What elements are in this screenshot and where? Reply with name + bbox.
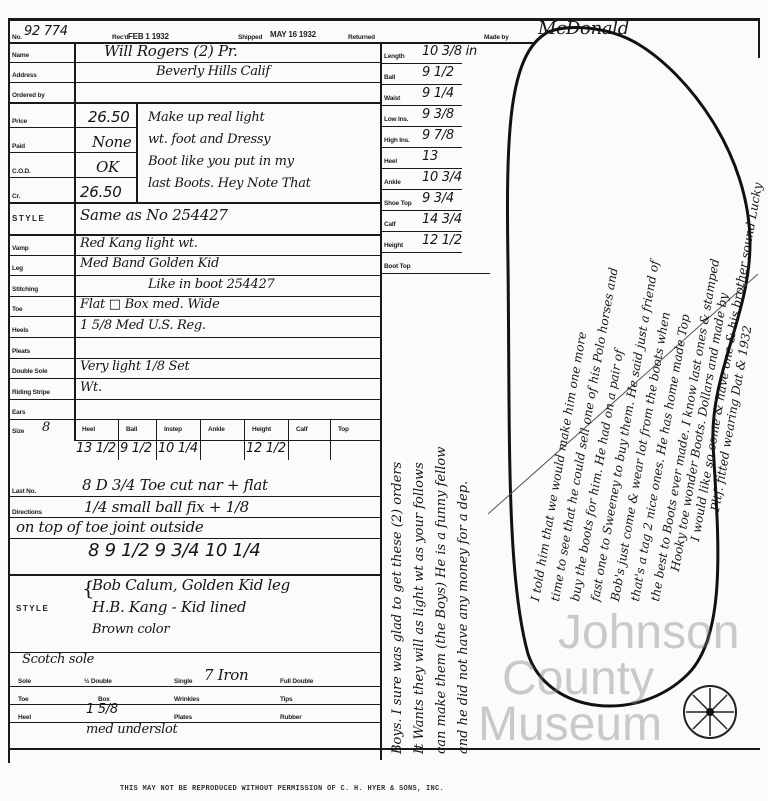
style-label: STYLE xyxy=(12,214,45,223)
side-note-line: can make them (the Boys) He is a funny f… xyxy=(434,447,449,754)
directions-line: 1/4 small ball fix + 1/8 xyxy=(84,498,249,516)
price-label: Price xyxy=(12,118,27,125)
form-right-border xyxy=(758,18,760,58)
payment-note-line: wt. foot and Dressy xyxy=(148,132,270,147)
side-note-line: and he did not have any money for a dep. xyxy=(456,481,471,754)
row-line xyxy=(380,63,462,64)
col-line xyxy=(330,420,331,460)
single-label: Single xyxy=(174,678,192,685)
directions-label: Directions xyxy=(12,509,42,516)
style2-extra: Scotch sole xyxy=(22,652,94,667)
watermark-line: County xyxy=(478,656,739,702)
col-line xyxy=(156,420,157,460)
payment-divider xyxy=(136,102,138,202)
style2-line: Bob Calum, Golden Kid leg xyxy=(92,576,290,594)
wrinkles-label: Wrinkles xyxy=(174,696,199,703)
toe-label: Toe xyxy=(18,696,28,703)
row-line xyxy=(380,147,462,148)
payment-note-line: Make up real light xyxy=(148,110,264,125)
shipped-label: Shipped xyxy=(238,34,262,41)
row-line xyxy=(8,722,380,723)
size-cell: 10 1/4 xyxy=(158,441,198,456)
col-line xyxy=(200,420,201,460)
payment-note-line: last Boots. Hey Note That xyxy=(148,176,311,191)
address-label: Address xyxy=(12,72,37,79)
row-line xyxy=(8,82,380,83)
col-line xyxy=(288,420,289,460)
size-header: Top xyxy=(338,426,349,433)
museum-watermark: Johnson County Museum xyxy=(478,610,739,748)
size-label: Size xyxy=(12,428,24,435)
price-value: 26.50 xyxy=(88,108,129,126)
tips-label: Tips xyxy=(280,696,292,703)
style-value: Same as No 254427 xyxy=(80,206,228,224)
size-cell: 13 1/2 xyxy=(76,441,116,456)
row-line xyxy=(380,231,462,232)
detail-label: Vamp xyxy=(12,245,29,252)
measurement-label: Ankle xyxy=(384,179,401,186)
measurement-label: Ball xyxy=(384,74,395,81)
row-line xyxy=(8,62,380,63)
size-cell: 12 1/2 xyxy=(246,441,286,456)
full-double-label: Full Double xyxy=(280,678,313,685)
detail-value: 1 5/8 Med U.S. Reg. xyxy=(80,318,206,333)
row-line xyxy=(8,496,380,497)
measurement-value: 10 3/8 in xyxy=(422,44,477,59)
side-note-line: It Wants they will as light wt as your f… xyxy=(412,462,427,754)
order-number: 92 774 xyxy=(24,24,68,39)
detail-label: Stitching xyxy=(12,286,38,293)
detail-label: Ears xyxy=(12,409,25,416)
detail-label: Pleats xyxy=(12,348,30,355)
credit-value: 26.50 xyxy=(80,183,121,201)
heel-value: 1 5/8 xyxy=(86,702,118,717)
row-line xyxy=(380,210,462,211)
credit-label: Cr. xyxy=(12,193,20,200)
row-line xyxy=(8,152,136,153)
row-line xyxy=(8,378,380,379)
col-line xyxy=(118,420,119,460)
single-value: 7 Iron xyxy=(204,666,248,684)
size-cell: 9 1/2 xyxy=(120,441,152,456)
size-header: Instep xyxy=(164,426,182,433)
row-line xyxy=(8,202,380,204)
measurement-value: 13 xyxy=(422,149,438,164)
measurement-label: Low Ins. xyxy=(384,116,408,123)
style2-label: STYLE xyxy=(16,604,49,613)
row-line xyxy=(8,686,380,687)
size-header: Ankle xyxy=(208,426,225,433)
customer-address: Beverly Hills Calif xyxy=(156,64,270,79)
last-label: Last No. xyxy=(12,488,36,495)
row-line xyxy=(8,419,380,420)
row-line xyxy=(380,126,462,127)
shipped-date: MAY 16 1932 xyxy=(270,30,316,39)
measurement-value: 9 1/2 xyxy=(422,65,454,80)
cod-value: OK xyxy=(96,158,119,176)
row-line xyxy=(380,273,490,274)
cod-label: C.O.D. xyxy=(12,168,31,175)
paid-value: None xyxy=(92,133,132,151)
ordered-by-label: Ordered by xyxy=(12,92,45,99)
detail-value: Red Kang light wt. xyxy=(80,236,198,251)
row-line xyxy=(380,168,462,169)
detail-value: Wt. xyxy=(80,380,102,395)
measurement-value: 12 1/2 xyxy=(422,233,462,248)
size-header: Height xyxy=(252,426,271,433)
size-header: Calf xyxy=(296,426,307,433)
col-line xyxy=(244,420,245,460)
measurement-label: Waist xyxy=(384,95,400,102)
measurement-value: 9 3/8 xyxy=(422,107,454,122)
row-line xyxy=(380,189,462,190)
detail-label: Riding Stripe xyxy=(12,389,50,396)
measurement-label: Shoe Top xyxy=(384,200,412,207)
measurement-value: 10 3/4 xyxy=(422,170,462,185)
style2-line: H.B. Kang - Kid lined xyxy=(92,598,246,616)
measurement-label: Length xyxy=(384,53,404,60)
row-line xyxy=(8,337,380,338)
detail-label: Leg xyxy=(12,265,23,272)
paid-label: Paid xyxy=(12,143,25,150)
measurement-value: 9 7/8 xyxy=(422,128,454,143)
size-value: 8 xyxy=(42,420,50,435)
last-value: 8 D 3/4 Toe cut nar + flat xyxy=(82,476,268,494)
watermark-line: Museum xyxy=(478,702,739,748)
received-date: FEB 1 1932 xyxy=(128,32,169,41)
detail-value: Flat □ Box med. Wide xyxy=(80,297,219,312)
plates-label: Plates xyxy=(174,714,192,721)
received-label: Rec'd xyxy=(112,34,128,41)
detail-value: Very light 1/8 Set xyxy=(80,359,189,374)
name-label: Name xyxy=(12,52,29,59)
size-header: Heel xyxy=(82,426,95,433)
measurement-label: Heel xyxy=(384,158,397,165)
reproduction-notice: THIS MAY NOT BE REPRODUCED WITHOUT PERMI… xyxy=(120,785,444,793)
payment-note-line: Boot like you put in my xyxy=(148,154,294,169)
measurement-label: Height xyxy=(384,242,403,249)
rubber-label: Rubber xyxy=(280,714,302,721)
row-line xyxy=(8,358,380,359)
directions-line: 8 9 1/2 9 3/4 10 1/4 xyxy=(88,540,261,561)
row-line xyxy=(8,127,136,128)
detail-label: Toe xyxy=(12,306,22,313)
measurement-column-divider xyxy=(380,42,382,760)
row-line xyxy=(380,105,462,106)
measurement-value: 9 3/4 xyxy=(422,191,454,206)
detail-value: Like in boot 254427 xyxy=(148,277,274,292)
no-label: No. xyxy=(12,34,22,41)
side-note-line: Boys. I sure was glad to get these (2) o… xyxy=(390,462,405,754)
measurement-value: 9 1/4 xyxy=(422,86,454,101)
heel-label: Heel xyxy=(18,714,31,721)
heel-note: med underslot xyxy=(86,722,177,737)
row-line xyxy=(8,538,380,539)
style2-line: Brown color xyxy=(92,622,169,637)
measurement-label: Boot Top xyxy=(384,263,410,270)
row-line xyxy=(8,704,380,705)
row-line xyxy=(8,102,380,104)
returned-label: Returned xyxy=(348,34,375,41)
row-line xyxy=(380,252,462,253)
sole-label: Sole xyxy=(18,678,31,685)
detail-value: Med Band Golden Kid xyxy=(80,256,219,271)
watermark-line: Johnson xyxy=(478,610,739,656)
directions-line: on top of toe joint outside xyxy=(16,518,203,536)
detail-label: Double Sole xyxy=(12,368,47,375)
size-header: Ball xyxy=(126,426,137,433)
detail-label: Heels xyxy=(12,327,28,334)
measurement-label: High Ins. xyxy=(384,137,410,144)
half-double-label: ½ Double xyxy=(84,678,112,685)
row-line xyxy=(8,177,136,178)
row-line xyxy=(8,399,380,400)
row-line xyxy=(380,84,462,85)
measurement-label: Calf xyxy=(384,221,395,228)
measurement-value: 14 3/4 xyxy=(422,212,462,227)
customer-name: Will Rogers (2) Pr. xyxy=(104,42,237,60)
